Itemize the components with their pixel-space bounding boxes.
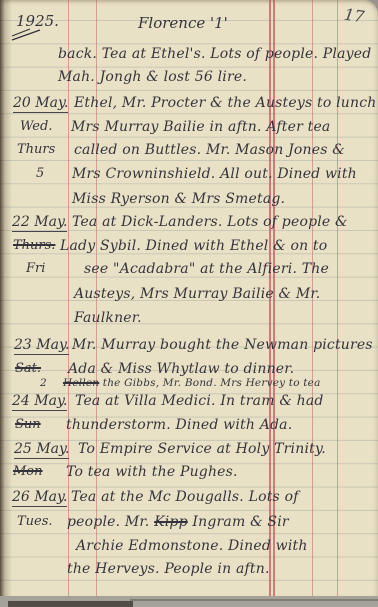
book-cover-shadow — [8, 601, 133, 607]
margin-day-note-struck: Thurs. — [13, 238, 55, 253]
diary-line-text: Ethel, Mr. Procter & the Austeys to lunc… — [74, 95, 376, 111]
margin-day-note-struck: Sat. — [15, 361, 41, 376]
diary-line: Thurs called on Buttles. Mr. Mason Jones… — [0, 142, 378, 164]
inserted-line-rest: the Gibbs, Mr. Bond. Mrs Hervey to tea — [99, 377, 320, 389]
diary-line: Wed. Mrs Murray Bailie in aftn. After te… — [0, 119, 378, 141]
diary-line-text: the Herveys. People in aftn. — [67, 561, 270, 577]
diary-line-text: see "Acadabra" at the Alfieri. The — [84, 261, 329, 277]
struck-word: Hellen — [63, 377, 99, 389]
scanned-diary-page: 1925. Florence '1' 17 back. Tea at Ethel… — [0, 0, 378, 607]
diary-line: Fri see "Acadabra" at the Alfieri. The — [0, 261, 378, 283]
margin-day-note-struck: Sun — [15, 417, 41, 432]
struck-word: Kipp — [154, 514, 188, 530]
year-underline-flourish — [10, 28, 44, 42]
diary-line-text: back. Tea at Ethel's. Lots of people. Pl… — [58, 46, 371, 62]
margin-day-note: Thurs — [17, 142, 55, 157]
page-title: Florence '1' — [138, 14, 228, 32]
diary-line: 20 May. Ethel, Mr. Procter & the Austeys… — [0, 95, 378, 117]
diary-line: Sun thunderstorm. Dined with Ada. — [0, 417, 378, 439]
margin-day-note: 2 — [40, 377, 47, 389]
diary-line-text: Mrs Murray Bailie in aftn. After tea — [71, 119, 330, 135]
entry-date: 25 May. — [14, 441, 69, 459]
diary-line-text: Ada & Miss Whytlaw to dinner. — [68, 361, 294, 377]
entry-date: 26 May. — [12, 489, 67, 507]
diary-line-text: Faulkner. — [74, 310, 142, 326]
diary-line-text: Miss Ryerson & Mrs Smetag. — [72, 191, 285, 207]
diary-line-text: Lady Sybil. Dined with Ethel & on to — [60, 238, 327, 254]
diary-line-text: thunderstorm. Dined with Ada. — [66, 417, 292, 433]
diary-line: the Herveys. People in aftn. — [0, 561, 378, 583]
diary-line: 25 May. To Empire Service at Holy Trinit… — [0, 441, 378, 463]
margin-day-note: Tues. — [17, 514, 53, 529]
diary-line-text: To Empire Service at Holy Trinity. — [78, 441, 326, 457]
page-bottom-edge — [130, 599, 378, 601]
diary-line: 24 May. Tea at Villa Medici. In tram & h… — [0, 393, 378, 415]
diary-line-text: Austeys, Mrs Murray Bailie & Mr. — [74, 286, 320, 302]
entry-date: 22 May. — [12, 214, 67, 232]
margin-day-note-struck: Mon — [13, 464, 43, 479]
diary-line: back. Tea at Ethel's. Lots of people. Pl… — [0, 46, 378, 68]
margin-day-note: Fri — [26, 261, 45, 276]
diary-line-text: To tea with the Pughes. — [66, 464, 238, 480]
diary-line: Archie Edmonstone. Dined with — [0, 538, 378, 560]
diary-line-text: Tea at Villa Medici. In tram & had — [75, 393, 324, 409]
diary-line: 23 May. Mr. Murray bought the Newman pic… — [0, 337, 378, 359]
diary-line-text: people. Mr. Kipp Ingram & Sir — [67, 514, 289, 530]
diary-line: Thurs. Lady Sybil. Dined with Ethel & on… — [0, 238, 378, 260]
diary-line-text: Mr. Murray bought the Newman pictures — [72, 337, 373, 353]
diary-line: 26 May. Tea at the Mc Dougalls. Lots of — [0, 489, 378, 511]
diary-line-text: Hellen the Gibbs, Mr. Bond. Mrs Hervey t… — [63, 377, 321, 389]
diary-line-text: Mah. Jongh & lost 56 lire. — [58, 69, 247, 85]
diary-line: 22 May. Tea at Dick-Landers. Lots of peo… — [0, 214, 378, 236]
diary-line: Mah. Jongh & lost 56 lire. — [0, 69, 378, 91]
diary-line-text: Tea at Dick-Landers. Lots of people & — [72, 214, 348, 230]
margin-day-note: 5 — [36, 166, 44, 181]
diary-line: Mon To tea with the Pughes. — [0, 464, 378, 486]
diary-line-text: Mrs Crowninshield. All out. Dined with — [72, 166, 357, 182]
diary-line: 5 Mrs Crowninshield. All out. Dined with — [0, 166, 378, 188]
entry-date: 20 May. — [13, 95, 68, 113]
margin-day-note: Wed. — [20, 119, 52, 134]
line-segment: people. Mr. — [67, 514, 154, 530]
diary-line: Miss Ryerson & Mrs Smetag. — [0, 191, 378, 213]
diary-line-text: called on Buttles. Mr. Mason Jones & — [74, 142, 345, 158]
diary-line: Faulkner. — [0, 310, 378, 332]
diary-line-text: Archie Edmonstone. Dined with — [76, 538, 308, 554]
entry-date: 24 May. — [12, 393, 67, 411]
line-segment: Ingram & Sir — [188, 514, 289, 530]
diary-line: Tues. people. Mr. Kipp Ingram & Sir — [0, 514, 378, 536]
diary-line: Austeys, Mrs Murray Bailie & Mr. — [0, 286, 378, 308]
page-number: 17 — [343, 5, 366, 27]
entry-date: 23 May. — [14, 337, 69, 355]
diary-line-text: Tea at the Mc Dougalls. Lots of — [71, 489, 299, 505]
